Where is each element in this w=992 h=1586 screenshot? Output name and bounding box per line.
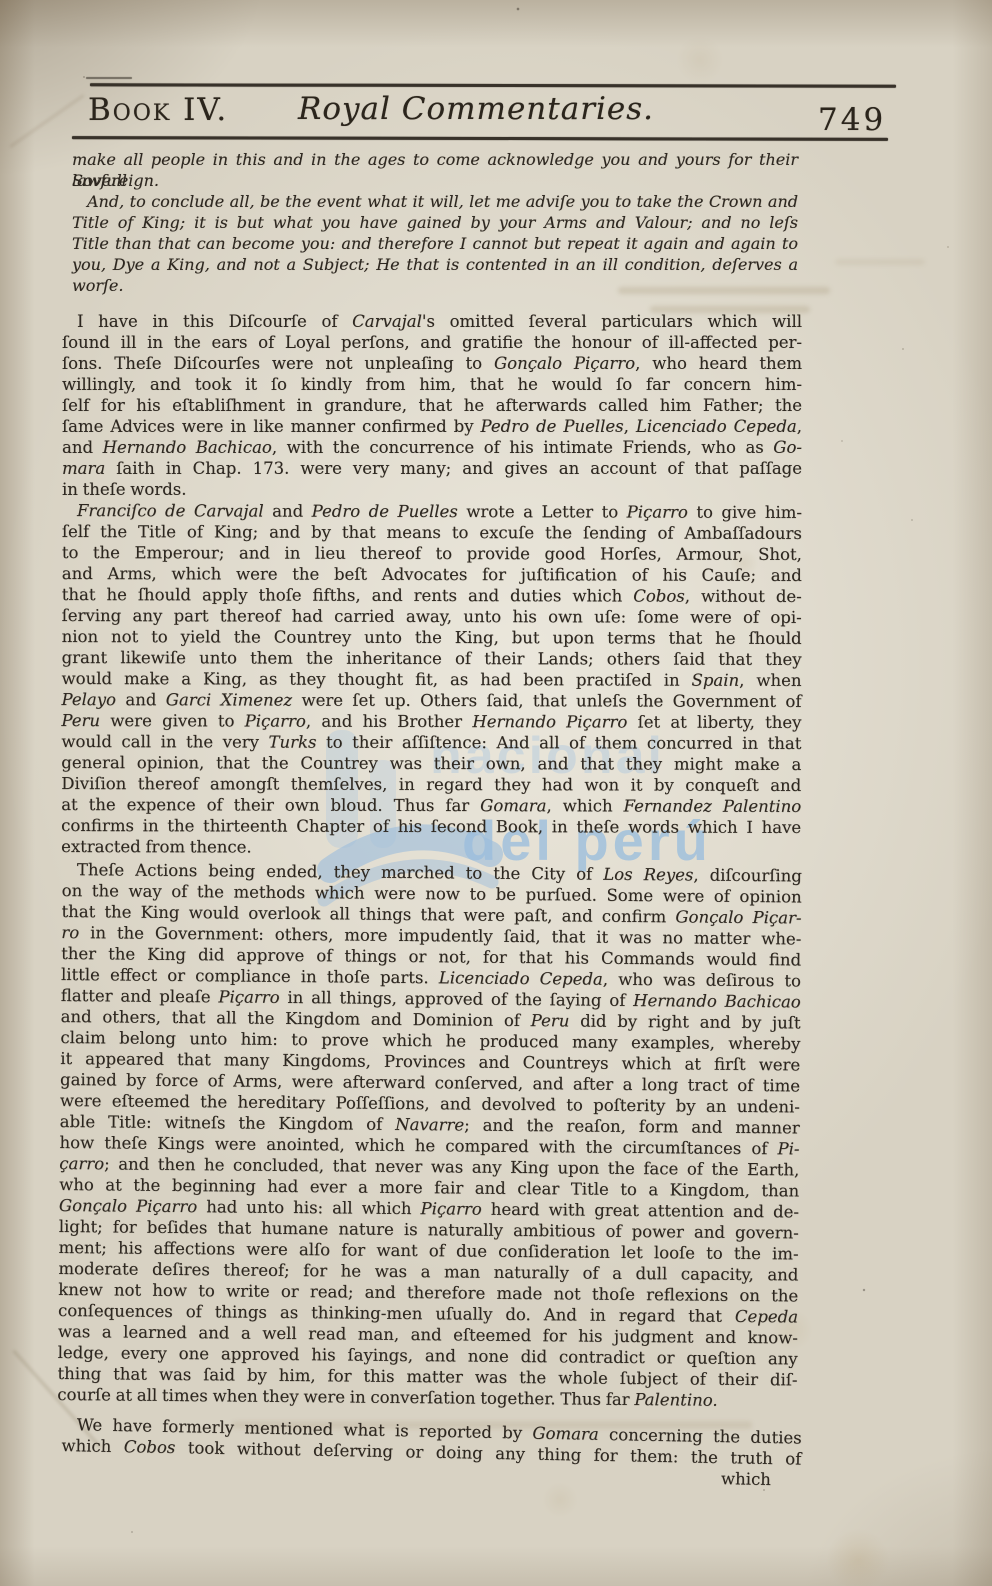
text-segment: had unto his: all which xyxy=(197,1197,421,1218)
text-segment: flatter and pleaſe xyxy=(61,986,219,1006)
text-segment: ſet at liberty, they xyxy=(627,712,801,731)
text-segment: ; and the reaſon, form and manner xyxy=(464,1116,800,1138)
text-segment: and xyxy=(264,502,312,521)
running-title: Royal Commentaries. xyxy=(298,91,654,127)
text-line: willingly, and took it ſo kindly from hi… xyxy=(62,374,802,395)
text-line: Title than that can become you: and ther… xyxy=(72,233,798,254)
text-segment: courſe at all times when they were in co… xyxy=(57,1385,634,1409)
text-segment: general opinion, that the Countrey was t… xyxy=(61,753,801,774)
body-text: make all people in this and in the ages … xyxy=(62,149,802,1477)
text-segment: worſe. xyxy=(72,276,123,295)
text-segment: Cepeda xyxy=(735,1307,798,1327)
text-segment: Peru xyxy=(531,1011,570,1030)
text-segment: ſound ill in the ears of Loyal perſons, … xyxy=(62,333,802,352)
text-segment: and Arms, which were the beſt Advocates … xyxy=(62,564,802,585)
book-label: Book IV. xyxy=(88,92,228,128)
text-line: make all people in this and in the ages … xyxy=(72,149,798,170)
text-segment: , xyxy=(624,417,636,436)
text-line: Pelayo and Garci Ximenez were ſet up. Ot… xyxy=(61,689,801,712)
paragraph: We have formerly mentioned what is repor… xyxy=(61,1414,802,1491)
text-segment: to the Emperour; and in lieu thereof to … xyxy=(62,543,802,564)
text-segment: ro xyxy=(61,923,79,942)
text-segment: that he ſhould apply thoſe fifths, and r… xyxy=(62,585,634,605)
text-line: would make a King, as they thought fit, … xyxy=(62,668,802,691)
text-line: and Arms, which were the beſt Advocates … xyxy=(62,563,802,586)
text-segment: Gonçalo Piçarro xyxy=(59,1196,197,1216)
text-line: that he ſhould apply thoſe fifths, and r… xyxy=(62,584,802,607)
text-segment: Carvajal xyxy=(352,312,422,331)
text-segment: Licenciado Cepeda xyxy=(439,968,603,988)
text-line: Diviſion thereof amongſt themſelves, in … xyxy=(61,773,801,796)
text-line: And, to conclude all, be the event what … xyxy=(72,191,798,212)
paragraph: Franciſco de Carvajal and Pedro de Puell… xyxy=(61,500,802,859)
header-rule-tick xyxy=(86,77,132,79)
text-segment: , with the concurrence of his intimate F… xyxy=(272,438,773,457)
text-segment: , who was deſirous to xyxy=(603,970,801,991)
text-segment: ſelf for his eſtabliſhment in grandure, … xyxy=(62,396,802,415)
text-segment: mara xyxy=(62,459,105,478)
text-line: Franciſco de Carvajal and Pedro de Puell… xyxy=(62,500,802,523)
text-segment: Pedro de Puelles xyxy=(481,417,624,436)
text-segment: Title than that can become you: and ther… xyxy=(72,234,798,253)
text-line: nion not to yield the Countrey unto the … xyxy=(62,626,802,649)
text-segment: Gonçalo Piçarro xyxy=(494,354,635,373)
text-segment: ſerving any part thereof had carried awa… xyxy=(62,606,802,627)
text-segment: grant likewiſe unto them the inheritance… xyxy=(62,648,802,669)
text-segment: Cobos xyxy=(124,1437,176,1457)
text-segment: Cobos xyxy=(633,586,685,605)
text-segment: Licenciado Cepeda xyxy=(636,417,797,436)
text-segment: Pelayo xyxy=(61,690,116,709)
text-segment: Pedro de Puelles xyxy=(312,502,458,521)
text-segment: Hernando Bachicao xyxy=(633,991,801,1011)
text-segment: Los Reyes xyxy=(603,865,693,885)
text-segment: , which xyxy=(546,796,623,815)
text-segment: Garci Ximenez xyxy=(166,690,292,709)
text-segment: willingly, and took it ſo kindly from hi… xyxy=(62,375,802,394)
text-segment: nion not to yield the Countrey unto the … xyxy=(62,627,802,648)
text-line: confirms in the thirteenth Chapter of hi… xyxy=(61,815,801,838)
text-segment: , xyxy=(797,417,802,436)
text-segment: would call in the very xyxy=(61,732,268,752)
text-segment: ſaith in Chap. 173. were very many; and … xyxy=(105,459,802,478)
text-segment: were given to xyxy=(100,711,245,730)
text-segment: Piçarro xyxy=(421,1199,482,1219)
text-segment: Gomara xyxy=(532,1424,599,1444)
text-segment: , who heard them xyxy=(635,354,802,373)
text-segment: in all things, approved of the ſaying of xyxy=(280,988,634,1010)
text-segment: Piçarro xyxy=(218,987,279,1007)
text-line: I have in this Diſcourſe of Carvajal's o… xyxy=(62,311,802,332)
text-segment: did by right and by juſt xyxy=(569,1011,800,1032)
text-segment: Spain xyxy=(692,671,740,690)
text-segment: to give him- xyxy=(688,503,802,522)
text-line: at the expence of their own bloud. Thus … xyxy=(61,794,801,817)
text-segment: little effect or compliance in thoſe par… xyxy=(61,965,439,987)
text-line: ſelf the Title of King; and by that mean… xyxy=(62,521,802,544)
text-line: ſound ill in the ears of Loyal perſons, … xyxy=(62,332,802,353)
text-segment: , when xyxy=(739,671,801,690)
text-line: Peru were given to Piçarro, and his Brot… xyxy=(61,710,801,733)
text-segment: concerning the duties xyxy=(599,1425,802,1448)
text-line: you, Dye a King, and not a Subject; He t… xyxy=(72,254,798,275)
text-segment: ſons. Theſe Diſcourſes were not unpleaſi… xyxy=(62,354,494,373)
text-segment: ſame Advices were in like manner confirm… xyxy=(62,417,481,436)
text-segment: which xyxy=(721,1469,771,1489)
text-line: ſame Advices were in like manner confirm… xyxy=(62,416,802,437)
text-segment: Piçarro xyxy=(245,711,306,730)
text-segment: in theſe words. xyxy=(62,480,187,499)
text-segment: Hernando Piçarro xyxy=(472,712,627,731)
text-segment: Sovereign. xyxy=(72,171,159,190)
text-segment: Franciſco de Carvajal xyxy=(77,501,264,520)
text-line: and Hernando Bachicao, with the concurre… xyxy=(62,437,802,458)
text-line: Sovereign. xyxy=(72,170,798,191)
text-segment: heard with great attention and de- xyxy=(482,1200,799,1222)
text-segment: were ſet up. Others ſaid, that unleſs th… xyxy=(292,691,801,711)
text-line: would call in the very Turks to their aſ… xyxy=(61,731,801,754)
text-segment: would make a King, as they thought fit, … xyxy=(62,669,692,690)
text-line: ſelf for his eſtabliſhment in grandure, … xyxy=(62,395,802,416)
text-segment: I have in this Diſcourſe of xyxy=(77,312,352,331)
text-segment: , and his Brother xyxy=(306,712,473,731)
text-segment: Diviſion thereof amongſt themſelves, in … xyxy=(61,774,801,795)
text-segment: and xyxy=(62,438,103,457)
paragraph: And, to conclude all, be the event what … xyxy=(72,191,798,296)
text-line: general opinion, that the Countrey was t… xyxy=(61,752,801,775)
text-segment: at the expence of their own bloud. Thus … xyxy=(61,795,480,815)
text-segment: Title of King; it is but what you have g… xyxy=(72,213,798,232)
text-segment: Hernando Bachicao xyxy=(103,438,272,457)
text-segment: ſelf the Title of King; and by that mean… xyxy=(62,522,802,543)
text-segment: 's omitted ſeveral particulars which wil… xyxy=(422,312,802,331)
scanned-page: nacional del perú Book IV. Royal Comment… xyxy=(0,0,992,1586)
text-segment: çarro xyxy=(59,1154,104,1173)
paragraph: I have in this Diſcourſe of Carvajal's o… xyxy=(62,311,802,500)
text-segment: Peru xyxy=(61,711,100,730)
paragraph: make all people in this and in the ages … xyxy=(72,149,798,191)
text-line: ſerving any part thereof had carried awa… xyxy=(62,605,802,628)
text-segment: you, Dye a King, and not a Subject; He t… xyxy=(72,255,798,274)
text-line: Title of King; it is but what you have g… xyxy=(72,212,798,233)
text-segment: Gomara xyxy=(480,796,546,815)
text-segment: Navarre xyxy=(395,1115,464,1135)
text-line: to the Emperour; and in lieu thereof to … xyxy=(62,542,802,565)
header-rule-bottom xyxy=(72,136,888,141)
text-segment: And, to conclude all, be the event what … xyxy=(87,192,798,211)
text-segment: extracted from thence. xyxy=(61,837,252,856)
text-segment: , without de- xyxy=(685,587,802,606)
text-segment: wrote a Letter to xyxy=(458,502,627,521)
text-segment: , diſcourſing xyxy=(693,866,802,886)
text-line: grant likewiſe unto them the inheritance… xyxy=(62,647,802,670)
show-through xyxy=(835,259,925,265)
text-segment: Palentino. xyxy=(634,1390,717,1410)
text-segment: to their aſſiſtence: And all of them con… xyxy=(316,733,801,753)
text-segment: Turks xyxy=(268,733,316,752)
paragraph: Theſe Actions being ended, they marched … xyxy=(57,859,802,1411)
header-rule-top xyxy=(90,83,896,87)
text-line: mara ſaith in Chap. 173. were very many;… xyxy=(62,458,802,479)
text-segment: confirms in the thirteenth Chapter of hi… xyxy=(61,816,801,837)
text-segment: able Title: witneſs the Kingdom of xyxy=(60,1112,396,1134)
text-segment: Gonçalo Piçar- xyxy=(675,907,801,927)
text-line: ſons. Theſe Diſcourſes were not unpleaſi… xyxy=(62,353,802,374)
page-number: 749 xyxy=(818,102,886,138)
text-segment: Fernandez Palentino xyxy=(624,796,802,815)
text-segment: and xyxy=(116,690,166,709)
text-segment: Pi- xyxy=(777,1139,799,1158)
paper-crease xyxy=(10,94,85,147)
text-segment: Go- xyxy=(773,438,802,457)
text-segment: which xyxy=(61,1436,124,1456)
text-segment: Piçarro xyxy=(627,502,688,521)
